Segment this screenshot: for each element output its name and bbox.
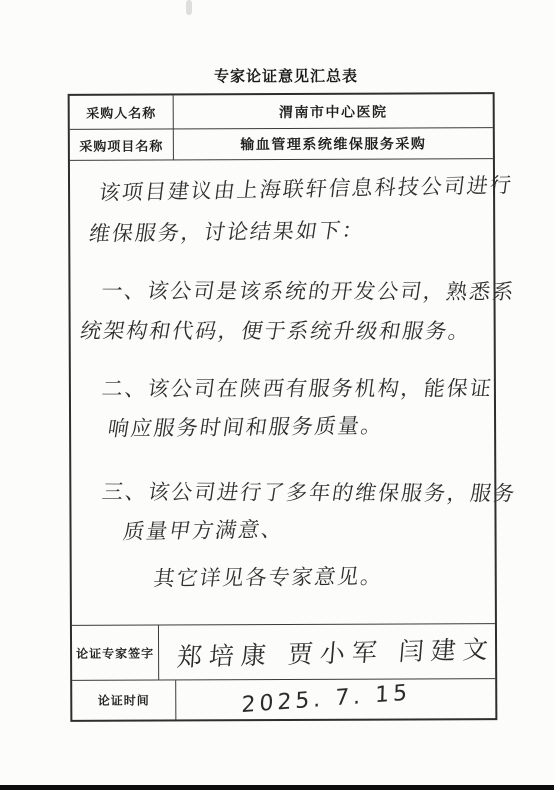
purchaser-row: 采购人名称 渭南市中心医院	[70, 94, 493, 130]
opinion-line-6: 响应服务时间和服务质量。	[106, 410, 386, 443]
opinion-line-2: 维保服务，讨论结果如下：	[87, 214, 367, 248]
opinion-line-5: 二、该公司在陕西有服务机构，能保证	[100, 372, 495, 402]
purchaser-name-label: 采购人名称	[70, 95, 174, 128]
signature-row: 论证专家签字 郑培康 贾小军 闫建文	[72, 624, 495, 681]
expert-signatures-handwriting: 郑培康 贾小军 闫建文	[176, 630, 497, 674]
opinion-line-4: 统架构和代码，便于系统升级和服务。	[78, 315, 474, 345]
expert-signature-label: 论证专家签字	[72, 626, 159, 680]
project-row: 采购项目名称 输血管理系统维保服务采购	[70, 128, 493, 161]
expert-signature-cell: 郑培康 贾小军 闫建文	[159, 624, 495, 679]
scan-edge-bar	[0, 785, 554, 790]
opinion-line-7: 三、该公司进行了多年的维保服务，服务	[100, 476, 518, 508]
time-row: 论证时间 2025. 7. 15	[72, 679, 495, 720]
document-title: 专家论证意见汇总表	[18, 65, 554, 86]
project-name-label: 采购项目名称	[70, 129, 174, 159]
opinion-line-3: 一、该公司是该系统的开发公司，熟悉系	[99, 275, 517, 306]
opinion-line-8: 质量甲方满意、	[121, 513, 287, 545]
purchaser-name-value: 渭南市中心医院	[174, 94, 493, 128]
summary-table: 采购人名称 渭南市中心医院 采购项目名称 输血管理系统维保服务采购 该项目建议由…	[68, 92, 498, 722]
review-date-handwriting: 2025. 7. 15	[241, 680, 411, 718]
opinion-line-9: 其它详见各专家意见。	[152, 560, 386, 592]
opinion-cell: 该项目建议由上海联轩信息科技公司进行 维保服务，讨论结果如下： 一、该公司是该系…	[70, 159, 495, 626]
review-time-label: 论证时间	[72, 680, 176, 719]
review-time-cell: 2025. 7. 15	[176, 679, 495, 719]
scan-artifact-streak	[186, 0, 192, 15]
project-name-value: 输血管理系统维保服务采购	[174, 128, 493, 159]
opinion-line-1: 该项目建议由上海联轩信息科技公司进行	[97, 169, 515, 207]
